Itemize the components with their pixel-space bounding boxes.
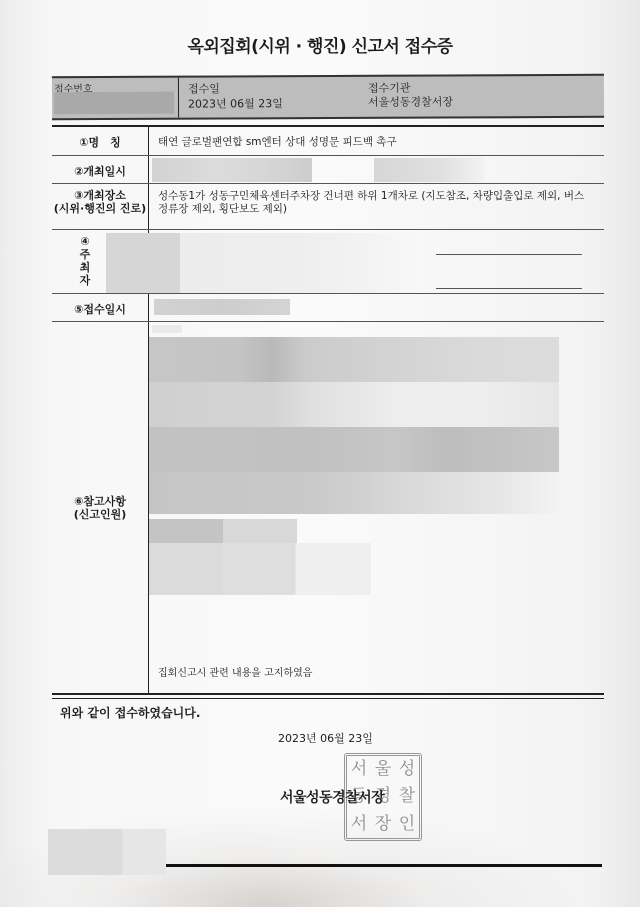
receipt-header: 접수번호 접수일 2023년 06월 23일 접수기관 서울성동경찰서장 xyxy=(52,74,604,120)
organizer-label-vertical: 주최자 xyxy=(79,248,92,287)
receipt-datetime-redacted xyxy=(154,299,290,315)
notes-redacted-1 xyxy=(149,337,559,382)
location-label-main: ③개최장소 xyxy=(52,189,148,202)
notes-redacted-small xyxy=(152,325,182,333)
notes-label-sub: (신고인원) xyxy=(52,508,148,521)
notes-redacted-4 xyxy=(149,472,559,514)
row-label-organizer: ④ 주최자 xyxy=(60,235,110,287)
datetime-redacted-1 xyxy=(152,158,312,182)
row-label-datetime: ②개최일시 xyxy=(52,165,148,178)
seal-char: 장 xyxy=(371,811,395,838)
report-table: ①명 칭 태연 글로벌팬연합 sm엔터 상대 성명문 피드백 촉구 ②개최일시 … xyxy=(52,125,604,693)
organizer-line xyxy=(436,254,582,255)
receipt-number-cell: 접수번호 xyxy=(52,78,179,119)
issue-date: 2023년 06월 23일 xyxy=(278,730,373,746)
row-label-location: ③개최장소 (시위·행진의 진로) xyxy=(52,189,148,215)
receipt-number-redacted xyxy=(54,92,174,115)
seal-char: 울 xyxy=(371,756,395,783)
recipient-signature-redacted xyxy=(48,829,166,875)
row-label-receipt-datetime: ⑤접수일시 xyxy=(52,303,148,316)
table-bottom-border xyxy=(52,693,604,699)
row-divider xyxy=(52,183,604,184)
seal-char: 찰 xyxy=(395,783,419,810)
organizer-redacted-2 xyxy=(180,233,420,293)
seal-char: 성 xyxy=(395,756,419,783)
organizer-redacted-1 xyxy=(106,233,180,293)
row-value-name: 태연 글로벌팬연합 sm엔터 상대 성명문 피드백 촉구 xyxy=(158,136,397,149)
organizer-label-number: ④ xyxy=(60,235,110,248)
confirmation-text: 위와 같이 접수하였습니다. xyxy=(60,704,200,721)
receipt-date-label: 접수일 xyxy=(188,80,220,96)
seal-char: 서 xyxy=(347,756,371,783)
organizer-line xyxy=(436,288,582,289)
seal-char: 서 xyxy=(347,811,371,838)
notes-redacted-5 xyxy=(149,519,297,543)
table-top-border xyxy=(52,125,604,127)
signature-line xyxy=(166,864,602,867)
notes-disclosure: 집회신고시 관련 내용을 고지하였음 xyxy=(158,667,312,680)
row-divider xyxy=(52,155,604,156)
row-divider xyxy=(52,321,604,322)
document-title: 옥외집회(시위 · 행진) 신고서 접수증 xyxy=(0,32,640,57)
notes-label-main: ⑥참고사항 xyxy=(52,495,148,508)
notes-redacted-2 xyxy=(149,382,559,427)
row-value-location: 성수동1가 성동구민체육센터주차장 건너편 하위 1개차로 (지도참조, 차량입… xyxy=(158,190,594,216)
row-label-notes: ⑥참고사항 (신고인원) xyxy=(52,495,148,521)
receiving-agency-value: 서울성동경찰서장 xyxy=(368,93,453,109)
seal-char: 인 xyxy=(395,811,419,838)
location-label-sub: (시위·행진의 진로) xyxy=(52,202,148,215)
issuer-name: 서울성동경찰서장 xyxy=(280,787,384,807)
row-divider xyxy=(52,293,604,294)
notes-redacted-6 xyxy=(149,543,371,595)
notes-redacted-3 xyxy=(149,427,559,472)
datetime-redacted-2 xyxy=(374,158,484,182)
receipt-date-value: 2023년 06월 23일 xyxy=(188,95,283,111)
row-label-name: ①명 칭 xyxy=(52,136,148,149)
row-divider xyxy=(52,229,604,230)
